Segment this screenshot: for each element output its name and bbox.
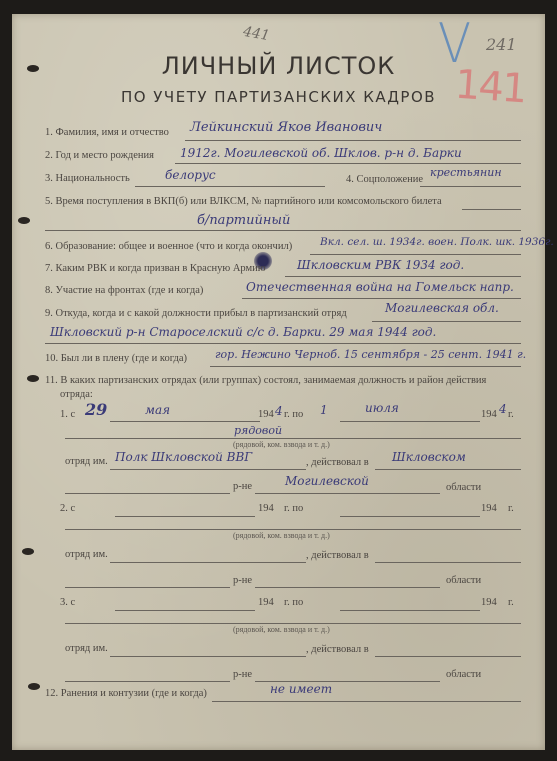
field-line: [65, 438, 521, 439]
punch-hole: [18, 217, 30, 224]
field-line: [255, 587, 440, 588]
field-value-arrival-2: Шкловский р-н Староселский с/с д. Барки.…: [50, 325, 436, 339]
field-label-name: 1. Фамилия, имя и отчество: [45, 127, 169, 138]
entry-1-acted-in: Шкловском: [392, 450, 466, 464]
field-value-arrival-1: Могилевская обл.: [385, 301, 499, 315]
entry-2-oblasti-label: области: [446, 575, 481, 586]
field-line: [212, 701, 521, 702]
field-label-wounds: 12. Ранения и контузии (где и когда): [45, 688, 207, 699]
field-line: [115, 516, 255, 517]
entry-1-g-po: г. по: [284, 409, 303, 420]
entry-1-to-day: 1: [320, 403, 328, 417]
entry-3-rne-label: р-не: [233, 669, 252, 680]
entry-1-to-month: июля: [365, 401, 399, 415]
field-line: [210, 366, 521, 367]
entry-1-from-year-suffix: 4: [275, 404, 283, 418]
entry-2-to-year: 194: [481, 503, 497, 514]
entry-1-oblast: Могилевской: [285, 474, 369, 488]
field-line: [340, 421, 480, 422]
field-value-birth: 1912г. Могилевской об. Шклов. р-н д. Бар…: [180, 146, 462, 160]
entry-3-otryad-label: отряд им.: [65, 643, 108, 654]
punch-hole: [28, 683, 40, 690]
field-line: [65, 529, 521, 530]
entry-1-to-year-suffix: 4: [499, 402, 507, 416]
field-line: [340, 610, 480, 611]
field-line: [185, 140, 521, 141]
field-line: [110, 469, 306, 470]
entry-1-to-year: 194: [481, 409, 497, 420]
entry-3-g: г.: [508, 597, 514, 608]
field-label-birth: 2. Год и место рождения: [45, 150, 154, 161]
entry-2-num: 2. с: [60, 503, 75, 514]
field-line: [375, 562, 521, 563]
field-line: [110, 656, 306, 657]
field-label-social: 4. Соцположение: [346, 174, 423, 185]
entry-3-num: 3. с: [60, 597, 75, 608]
entry-1-from-day: 29: [85, 400, 107, 419]
punch-hole: [22, 548, 34, 555]
field-line: [110, 421, 260, 422]
entry-3-acted-label: , действовал в: [306, 644, 369, 655]
field-value-name: Лейкинский Яков Иванович: [190, 120, 382, 135]
entry-1-from-year: 194: [258, 409, 274, 420]
field-label-party: 5. Время поступления в ВКП(б) или ВЛКСМ,…: [45, 196, 442, 207]
field-line: [115, 610, 255, 611]
entry-3-to-year: 194: [481, 597, 497, 608]
entry-1-num: 1. с: [60, 409, 75, 420]
entry-3-oblasti-label: области: [446, 669, 481, 680]
entry-2-acted-label: , действовал в: [306, 550, 369, 561]
entry-1-otryad-label: отряд им.: [65, 456, 108, 467]
field-label-arrival: 9. Откуда, когда и с какой должности при…: [45, 308, 347, 319]
entry-1-position: рядовой: [234, 424, 282, 437]
entry-3-position-hint: (рядовой, ком. взвода и т. д.): [233, 625, 330, 634]
field-line: [45, 230, 521, 231]
field-line: [310, 254, 521, 255]
field-line: [255, 493, 440, 494]
field-label-nationality: 3. Национальность: [45, 173, 130, 184]
entry-3-from-year: 194: [258, 597, 274, 608]
field-line: [340, 516, 480, 517]
entry-2-position-hint: (рядовой, ком. взвода и т. д.): [233, 531, 330, 540]
field-label-education: 6. Образование: общее и военное (что и к…: [45, 241, 292, 252]
entry-1-position-hint: (рядовой, ком. взвода и т. д.): [233, 440, 330, 449]
field-line: [45, 343, 521, 344]
field-line: [175, 163, 521, 164]
page-subtitle: ПО УЧЕТУ ПАРТИЗАНСКИХ КАДРОВ: [0, 88, 557, 106]
field-label-detachments-cont: отряда:: [60, 389, 93, 400]
field-label-captivity: 10. Был ли в плену (где и когда): [45, 353, 187, 364]
entry-1-otryad: Полк Шкловской ВВГ: [115, 450, 252, 464]
entry-3-g-po: г. по: [284, 597, 303, 608]
entry-1-rne-label: р-не: [233, 481, 252, 492]
field-line: [65, 681, 230, 682]
entry-2-otryad-label: отряд им.: [65, 549, 108, 560]
field-value-captivity: гор. Нежино Черноб. 15 сентября - 25 сен…: [215, 348, 526, 361]
punch-hole: [27, 375, 39, 382]
field-line: [285, 276, 521, 277]
page-title: ЛИЧНЫЙ ЛИСТОК: [0, 52, 557, 80]
field-label-detachments: 11. В каких партизанских отрядах (или гр…: [45, 375, 486, 386]
field-line: [65, 493, 230, 494]
field-line: [375, 469, 521, 470]
field-value-party: б/партийный: [197, 213, 290, 228]
field-value-rvk: Шкловским РВК 1934 год.: [297, 258, 464, 272]
field-line: [110, 562, 306, 563]
entry-2-from-year: 194: [258, 503, 274, 514]
field-label-rvk: 7. Каким РВК и когда призван в Красную А…: [45, 263, 266, 274]
field-line: [372, 321, 521, 322]
field-value-fronts: Отечественная война на Гомельск напр.: [246, 280, 514, 294]
field-line: [135, 186, 325, 187]
entry-2-g-po: г. по: [284, 503, 303, 514]
entry-1-from-month: мая: [145, 403, 170, 417]
field-line: [420, 186, 521, 187]
field-value-nationality: белорус: [165, 168, 216, 182]
entry-1-acted-label: , действовал в: [306, 457, 369, 468]
field-value-wounds: не имеет: [270, 682, 332, 696]
field-label-fronts: 8. Участие на фронтах (где и когда): [45, 285, 203, 296]
field-line: [375, 656, 521, 657]
field-line: [462, 209, 521, 210]
field-line: [65, 587, 230, 588]
entry-2-g: г.: [508, 503, 514, 514]
entry-2-rne-label: р-не: [233, 575, 252, 586]
entry-1-oblasti-label: области: [446, 482, 481, 493]
entry-1-g: г.: [508, 409, 514, 420]
field-line: [242, 298, 521, 299]
field-value-education: Вкл. сел. ш. 1934г. воен. Полк. шк. 1936…: [320, 236, 554, 248]
field-value-social: крестьянин: [430, 166, 502, 179]
field-line: [65, 623, 521, 624]
